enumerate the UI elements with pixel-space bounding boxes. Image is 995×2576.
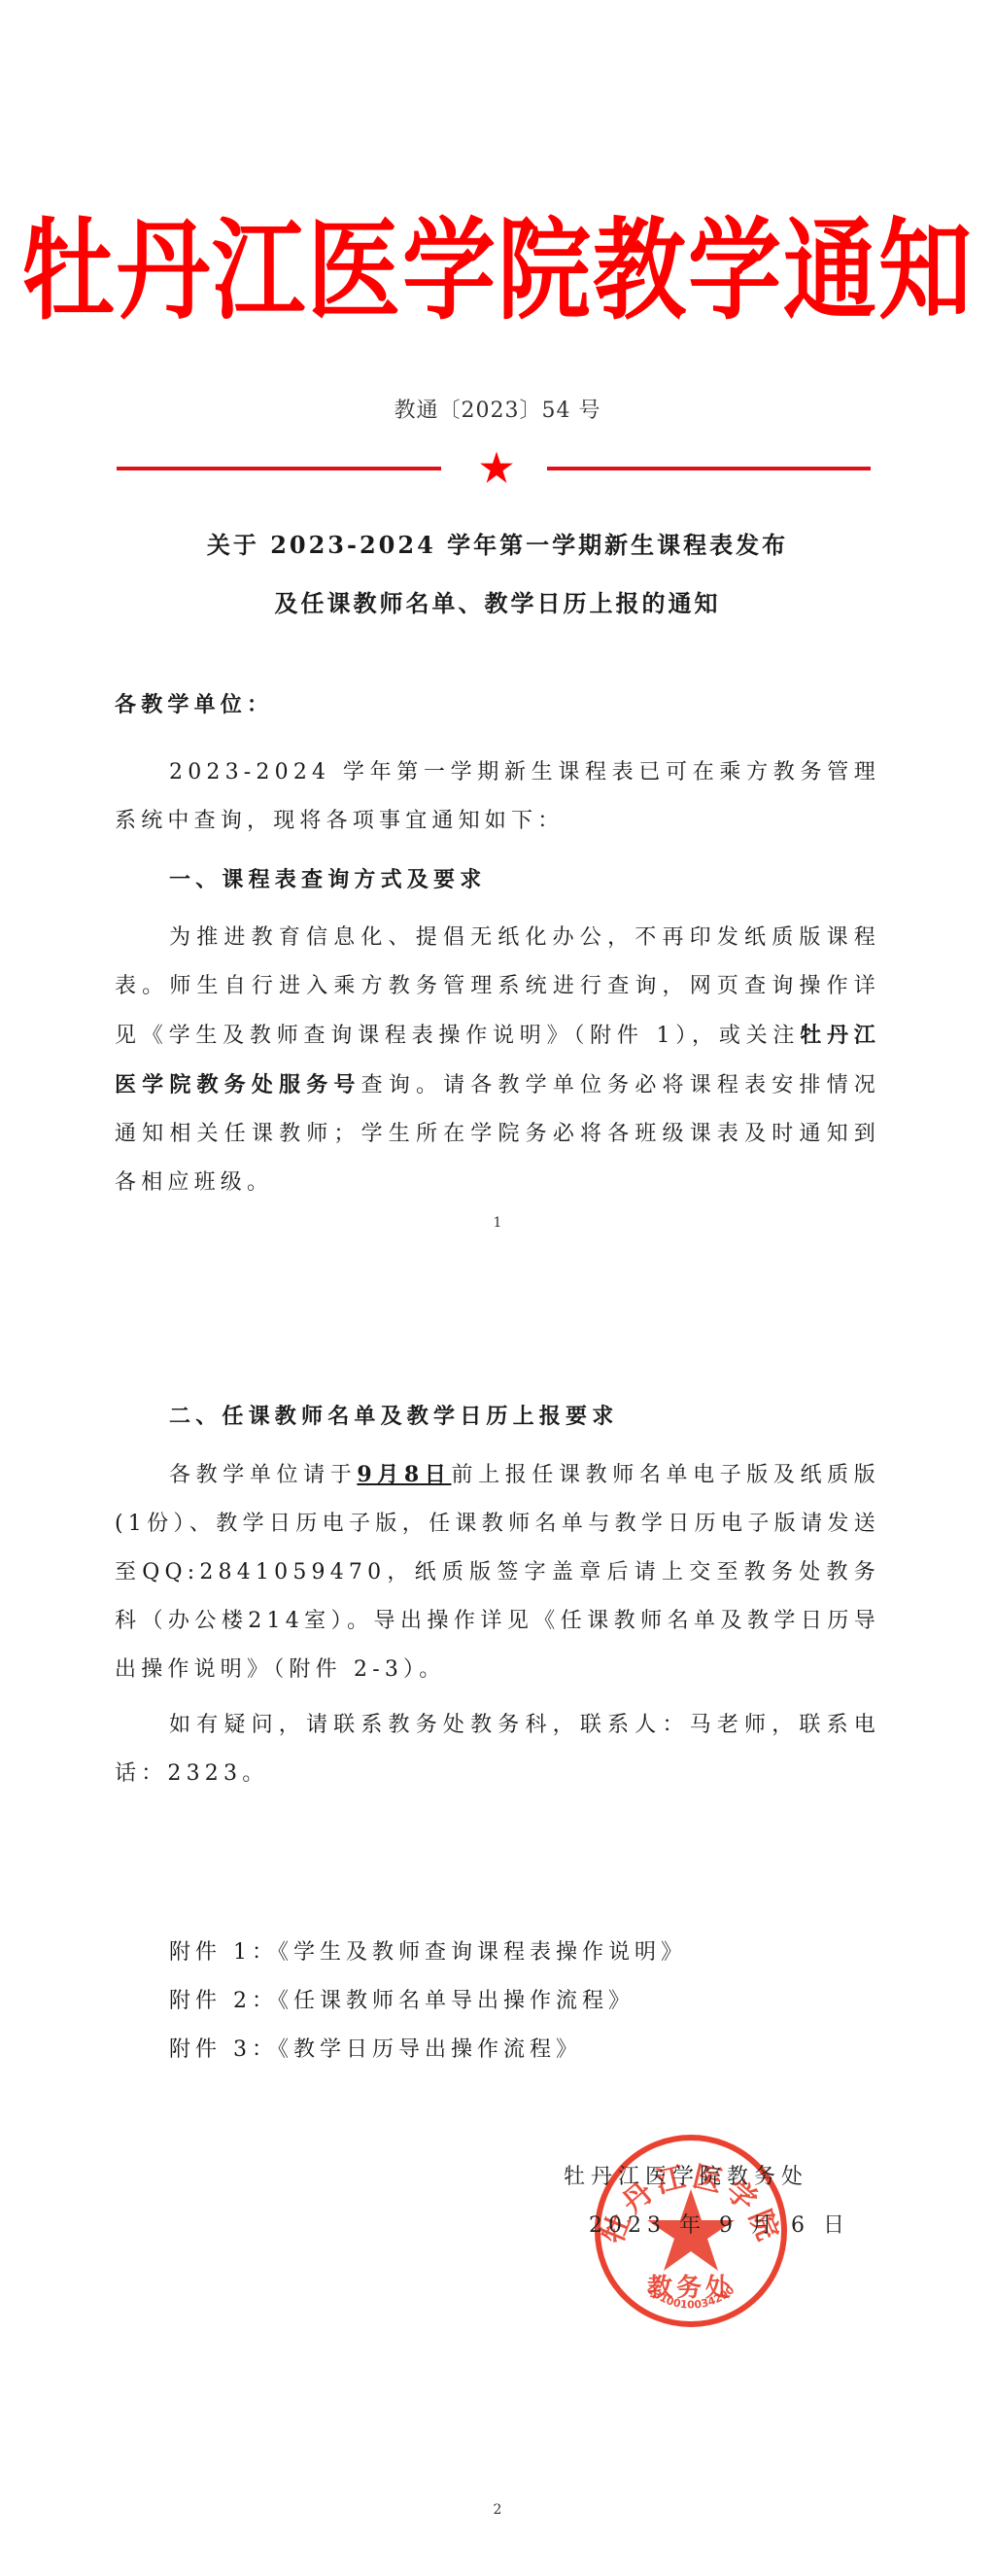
attachment-label: 附件 2： — [169, 1989, 278, 2013]
attachment-title: 《任课教师名单导出操作流程》 — [278, 1989, 635, 2013]
section-1-text: 为推进教育信息化、提倡无纸化办公，不再印发纸质版课程表。师生自行进入乘方教务管理… — [115, 925, 880, 1048]
salutation: 各教学单位： — [115, 680, 880, 729]
notice-title-line-1: 关于 2023-2024 学年第一学期新生课程表发布 — [0, 526, 995, 560]
deadline-date: 9月8日 — [357, 1462, 451, 1487]
section-2-heading: 二、任课教师名单及教学日历上报要求 — [115, 1392, 880, 1441]
masthead-title: 牡丹江医学院教学通知 — [0, 216, 995, 326]
red-star-icon — [479, 450, 514, 485]
red-rule-left — [117, 467, 441, 470]
page-number-2: 2 — [0, 2502, 995, 2518]
issuer-name: 牡丹江医学院教务处 — [564, 2160, 808, 2190]
intro-paragraph: 2023-2024 学年第一学期新生课程表已可在乘方教务管理系统中查询，现将各项… — [115, 748, 880, 846]
page-number-1: 1 — [0, 1215, 995, 1231]
section-2-text: 各教学单位请于 — [169, 1463, 357, 1487]
attachment-label: 附件 3： — [169, 2037, 278, 2062]
issue-date: 2023 年 9 月 6 日 — [589, 2209, 850, 2239]
document-number: 教通〔2023〕54 号 — [0, 394, 995, 424]
section-2-text-cont: 前上报任课教师名单电子版及纸质版(1份）、教学日历电子版，任课教师名单与教学日历… — [115, 1463, 880, 1682]
section-1-heading: 一、课程表查询方式及要求 — [115, 855, 880, 904]
red-rule-right — [547, 467, 871, 470]
section-1-paragraph: 为推进教育信息化、提倡无纸化办公，不再印发纸质版课程表。师生自行进入乘方教务管理… — [115, 914, 880, 1207]
attachment-1: 附件 1：《学生及教师查询课程表操作说明》 — [169, 1929, 687, 1977]
section-2-paragraph: 各教学单位请于9月8日前上报任课教师名单电子版及纸质版(1份）、教学日历电子版，… — [115, 1450, 880, 1694]
attachment-title: 《教学日历导出操作流程》 — [278, 2037, 582, 2062]
attachment-label: 附件 1： — [169, 1940, 278, 1965]
attachment-title: 《学生及教师查询课程表操作说明》 — [278, 1940, 687, 1965]
notice-title-line-2: 及任课教师名单、教学日历上报的通知 — [0, 584, 995, 618]
attachment-2: 附件 2：《任课教师名单导出操作流程》 — [169, 1977, 635, 2026]
contact-paragraph: 如有疑问，请联系教务处教务科，联系人：马老师，联系电话：2323。 — [115, 1701, 880, 1798]
attachment-3: 附件 3：《教学日历导出操作流程》 — [169, 2026, 582, 2074]
